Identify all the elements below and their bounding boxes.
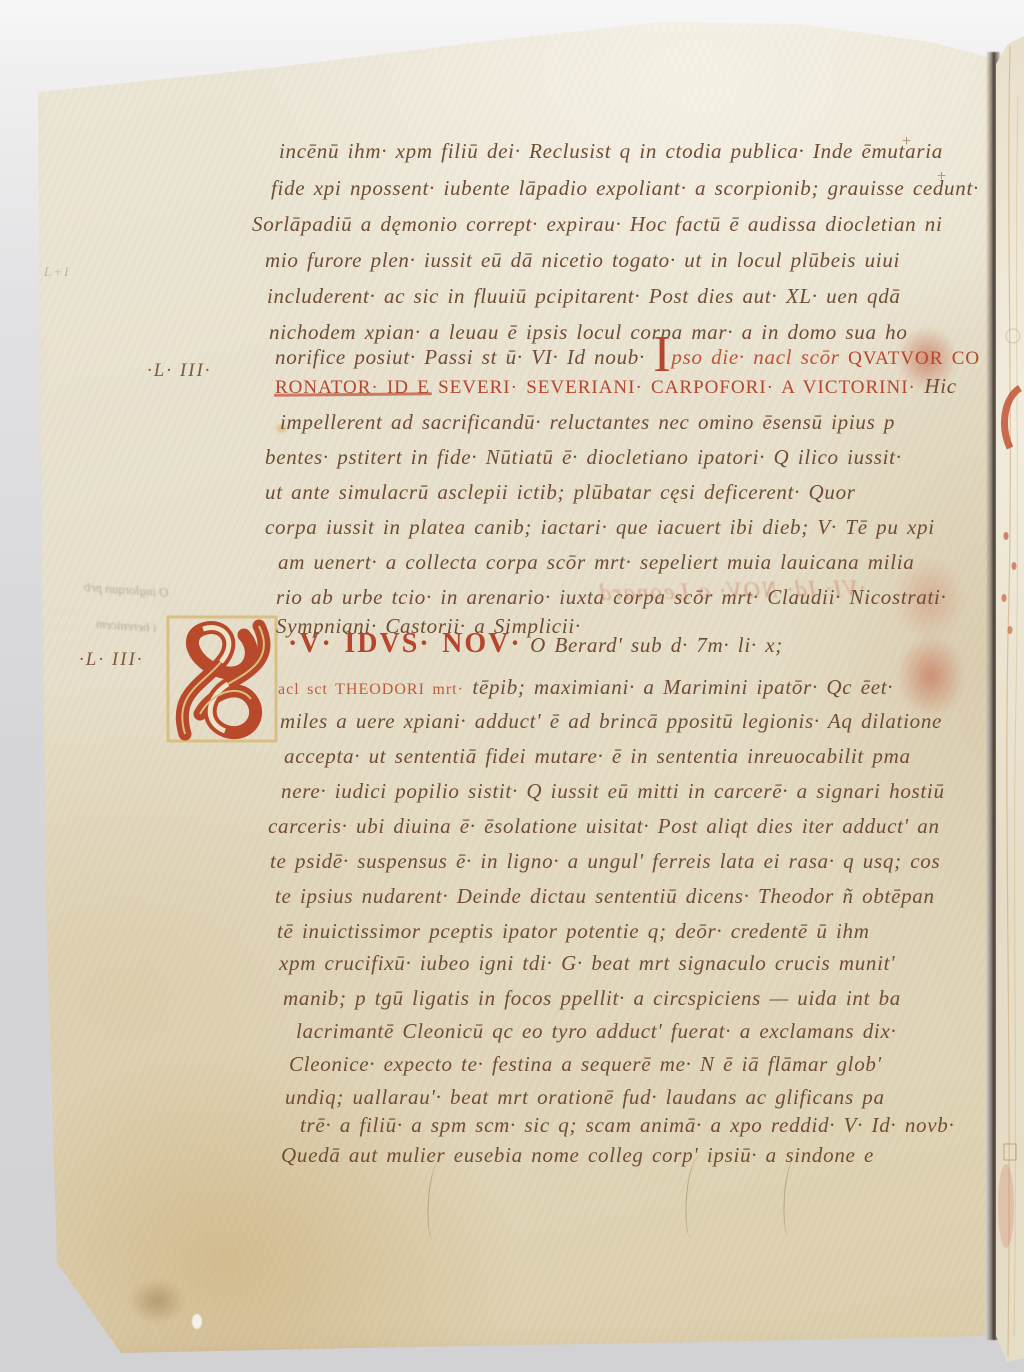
manuscript-text-segment: Hic — [916, 374, 957, 398]
manuscript-text-segment: nichodem xpian· a leuau ē ipsis locul co… — [269, 320, 908, 344]
margin-cross-mark: + — [936, 168, 947, 186]
manuscript-text-segment: QVATVOR CO — [848, 348, 980, 369]
manuscript-line: RONATOR· ID E SEVERI· SEVERIANI· CARPOFO… — [275, 373, 957, 401]
manuscript-text-segment: ·V· IDVS· NOV· — [288, 628, 522, 659]
manuscript-line: includerent· ac sic in fluuiū pcipitaren… — [267, 283, 901, 309]
manuscript-line: bentes· pstitert in fide· Nūtiatū ē· dio… — [265, 444, 902, 470]
manuscript-line: xpm crucifixū· iubeo igni tdi· G· beat m… — [279, 950, 895, 976]
show-through-ghost-text: O inglorqun prb — [84, 579, 170, 601]
manuscript-line: accepta· ut sententiā fidei mutare· ē in… — [284, 743, 911, 769]
manuscript-line: te ipsius nudarent· Deinde dictau senten… — [275, 883, 935, 909]
manuscript-text-segment: ut ante simulacrū asclepii ictib; plūbat… — [265, 480, 856, 504]
manuscript-line: incēnū ihm· xpm filiū dei· Reclusist q i… — [279, 138, 943, 164]
show-through-ghost-text: i herenicem — [96, 616, 157, 636]
manuscript-text-segment: lacrimantē Cleonicū qc eo tyro adduct' f… — [296, 1019, 896, 1043]
manuscript-text-segment: includerent· ac sic in fluuiū pcipitaren… — [267, 284, 901, 308]
manuscript-text-segment: fide xpi npossent· iubente lāpadio expol… — [271, 176, 979, 200]
manuscript-line: Sorlāpadiū a dęmonio corrept· expirau· H… — [252, 211, 943, 237]
manuscript-line: fide xpi npossent· iubente lāpadio expol… — [271, 175, 979, 201]
manuscript-line: trē· a filiū· a spm scm· sic q; scam ani… — [300, 1112, 954, 1138]
pencil-shelfmark: L+I — [44, 264, 70, 280]
manuscript-line: am uenert· a collecta corpa scōr mrt· se… — [278, 549, 914, 575]
manuscript-line: manib; p tgū ligatis in focos ppellit· a… — [283, 985, 901, 1011]
manuscript-text-segment: manib; p tgū ligatis in focos ppellit· a… — [283, 986, 901, 1010]
manuscript-line: norifice posiut· Passi st ū· VI· Id noub… — [275, 344, 980, 372]
manuscript-line: tē inuictissimor pceptis ipator potentie… — [277, 918, 870, 944]
manuscript-text-segment: xpm crucifixū· iubeo igni tdi· G· beat m… — [279, 951, 895, 975]
manuscript-line: mio furore plen· iussit eū dā nicetio to… — [265, 247, 900, 273]
manuscript-text-segment: Quedā aut mulier eusebia nome colleg cor… — [281, 1143, 874, 1167]
manuscript-text-block: incēnū ihm· xpm filiū dei· Reclusist q i… — [0, 0, 1024, 1372]
manuscript-text-segment: impellerent ad sacrificandū· reluctantes… — [280, 410, 895, 434]
manuscript-text-segment: carceris· ubi diuina ē· ēsolatione uisit… — [268, 814, 940, 838]
manuscript-line: ·V· IDVS· NOV· O Berard' sub d· 7m· li· … — [288, 631, 783, 658]
manuscript-line: Quedā aut mulier eusebia nome colleg cor… — [281, 1142, 874, 1168]
pen-flourish — [684, 1156, 705, 1239]
pen-flourish — [426, 1158, 447, 1241]
manuscript-text-segment: tē inuictissimor pceptis ipator potentie… — [277, 919, 870, 943]
manuscript-text-segment: O Berard' sub d· 7m· li· x; — [522, 633, 783, 657]
manuscript-line: acl sct THEODORI mrt· tēpib; maximiani· … — [278, 674, 893, 703]
manuscript-text-segment: te ipsius nudarent· Deinde dictau senten… — [275, 884, 935, 908]
folio-number-mark: ·L· III· — [147, 360, 212, 382]
show-through-ghost-text: ·VI· Id· NOV· o Leonard — [598, 576, 866, 607]
manuscript-text-segment: corpa iussit in platea canib; iactari· q… — [265, 515, 935, 539]
margin-cross-mark: + — [901, 133, 912, 151]
manuscript-text-segment: Sorlāpadiū a dęmonio corrept· expirau· H… — [252, 212, 943, 236]
manuscript-line: Cleonice· expecto te· festina a sequerē … — [289, 1051, 882, 1077]
manuscript-text-segment: undiq; uallarau'· beat mrt orationē fud·… — [285, 1085, 885, 1109]
manuscript-text-segment: Cleonice· expecto te· festina a sequerē … — [289, 1052, 882, 1076]
manuscript-line: lacrimantē Cleonicū qc eo tyro adduct' f… — [296, 1018, 896, 1044]
manuscript-text-segment: am uenert· a collecta corpa scōr mrt· se… — [278, 550, 914, 574]
manuscript-line: te psidē· suspensus ē· in ligno· a ungul… — [270, 848, 940, 874]
photo-canvas: { "colors": { "ink": "#6f4c34", "rubric_… — [0, 0, 1024, 1372]
manuscript-text-segment: miles a uere xpiani· adduct' ē ad brincā… — [280, 709, 942, 733]
manuscript-text-segment: RONATOR· ID E SEVERI· SEVERIANI· CARPOFO… — [275, 377, 916, 398]
manuscript-text-segment: tēpib; maximiani· a Marimini ipatōr· Qc … — [464, 675, 893, 699]
manuscript-text-segment: accepta· ut sententiā fidei mutare· ē in… — [284, 744, 911, 768]
manuscript-text-segment: incēnū ihm· xpm filiū dei· Reclusist q i… — [279, 139, 943, 163]
manuscript-line: ut ante simulacrū asclepii ictib; plūbat… — [265, 479, 856, 505]
manuscript-line: carceris· ubi diuina ē· ēsolatione uisit… — [268, 813, 940, 839]
manuscript-line: undiq; uallarau'· beat mrt orationē fud·… — [285, 1084, 885, 1110]
manuscript-text-segment: nere· iudici popilio sistit· Q iussit eū… — [281, 779, 945, 803]
manuscript-text-segment: norifice posiut· Passi st ū· VI· Id noub… — [275, 345, 653, 369]
manuscript-text-segment: mio furore plen· iussit eū dā nicetio to… — [265, 248, 900, 272]
manuscript-line: miles a uere xpiani· adduct' ē ad brincā… — [280, 708, 942, 734]
manuscript-text-segment: te psidē· suspensus ē· in ligno· a ungul… — [270, 849, 940, 873]
manuscript-text-segment: pso die· nacl scōr — [671, 345, 848, 369]
manuscript-line: impellerent ad sacrificandū· reluctantes… — [280, 409, 895, 435]
manuscript-line: nichodem xpian· a leuau ē ipsis locul co… — [269, 319, 908, 345]
manuscript-line: nere· iudici popilio sistit· Q iussit eū… — [281, 778, 945, 804]
manuscript-text-segment: bentes· pstitert in fide· Nūtiatū ē· dio… — [265, 445, 902, 469]
manuscript-text-segment: trē· a filiū· a spm scm· sic q; scam ani… — [300, 1113, 954, 1137]
manuscript-line: corpa iussit in platea canib; iactari· q… — [265, 514, 935, 540]
folio-number-mark: ·L· III· — [79, 649, 144, 671]
manuscript-text-segment: acl sct THEODORI mrt· — [278, 681, 464, 698]
